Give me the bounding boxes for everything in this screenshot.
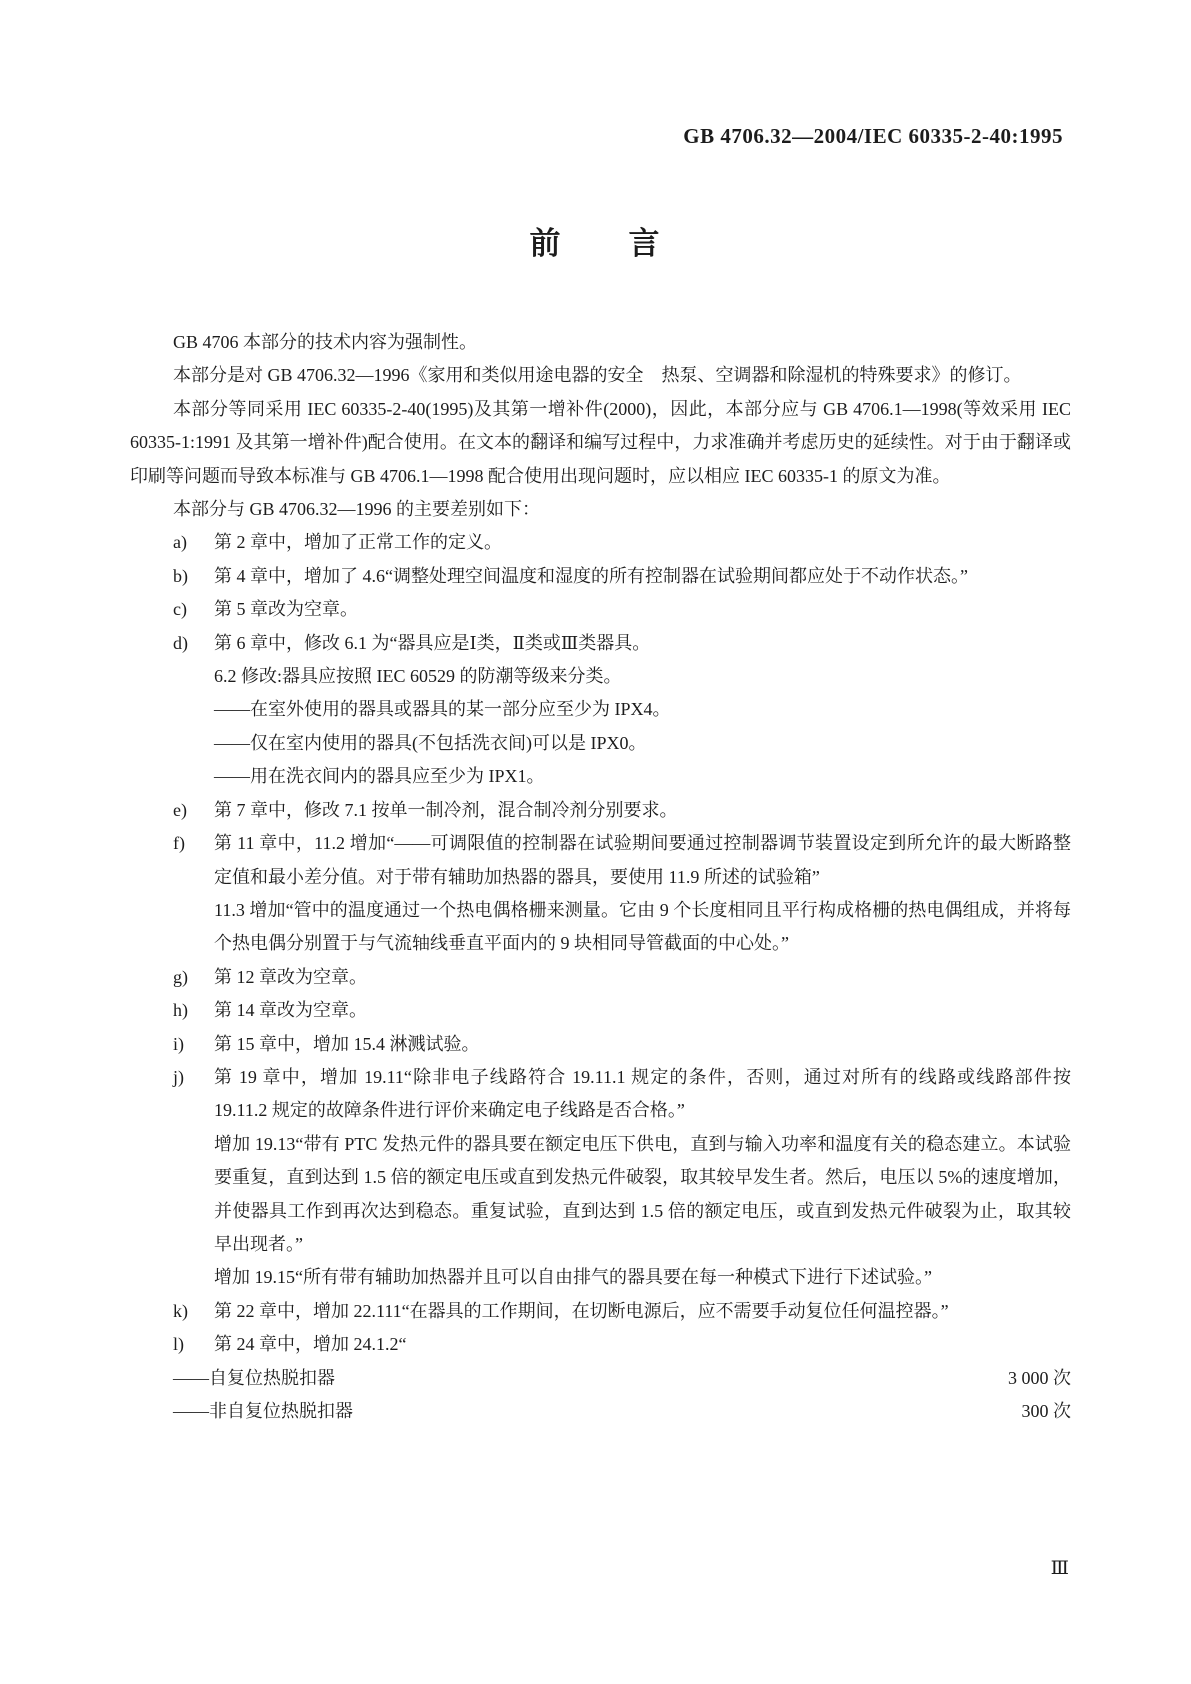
list-item-label: b) xyxy=(173,560,188,593)
list-item-label: g) xyxy=(173,961,188,994)
list-item-text: 第 5 章改为空章。 xyxy=(214,593,1071,626)
list-item-text-line: 第 11 章中，11.2 增加“——可调限值的控制器在试验期间要通过控制器调节装… xyxy=(214,827,1071,894)
list-item-label: i) xyxy=(173,1028,184,1061)
list-item-k: k) 第 22 章中，增加 22.111“在器具的工作期间，在切断电源后，应不需… xyxy=(130,1295,1071,1328)
document-body: GB 4706 本部分的技术内容为强制性。 本部分是对 GB 4706.32—1… xyxy=(130,326,1071,1428)
list-item-l: l) 第 24 章中，增加 24.1.2“ xyxy=(130,1328,1071,1361)
list-item-text: 第 19 章中，增加 19.11“除非电子线路符合 19.11.1 规定的条件，… xyxy=(214,1061,1071,1295)
paragraph: GB 4706 本部分的技术内容为强制性。 xyxy=(130,326,1071,359)
counter-value: 300 次 xyxy=(1022,1395,1072,1428)
list-item-text: 第 15 章中，增加 15.4 淋溅试验。 xyxy=(214,1028,1071,1061)
list-item-label: h) xyxy=(173,994,188,1027)
list-item-g: g) 第 12 章改为空章。 xyxy=(130,961,1071,994)
document-number: GB 4706.32—2004/IEC 60335-2-40:1995 xyxy=(683,124,1063,149)
list-item-e: e) 第 7 章中，修改 7.1 按单一制冷剂，混合制冷剂分别要求。 xyxy=(130,794,1071,827)
list-item-subline: 增加 19.13“带有 PTC 发热元件的器具要在额定电压下供电，直到与输入功率… xyxy=(214,1128,1071,1262)
list-item-d: d) 第 6 章中，修改 6.1 为“器具应是Ⅰ类，Ⅱ类或Ⅲ类器具。 6.2 修… xyxy=(130,627,1071,794)
list-item-text-line: 第 6 章中，修改 6.1 为“器具应是Ⅰ类，Ⅱ类或Ⅲ类器具。 xyxy=(214,627,1071,660)
list-item-text: 第 22 章中，增加 22.111“在器具的工作期间，在切断电源后，应不需要手动… xyxy=(214,1295,1071,1328)
list-item-label: f) xyxy=(173,827,185,860)
list-item-subline: 增加 19.15“所有带有辅助加热器并且可以自由排气的器具要在每一种模式下进行下… xyxy=(214,1261,1071,1294)
list-item-text: 第 12 章改为空章。 xyxy=(214,961,1071,994)
list-item-label: j) xyxy=(173,1061,184,1094)
list-item-subline: 6.2 修改:器具应按照 IEC 60529 的防潮等级来分类。 xyxy=(214,660,1071,693)
counter-row-auto-reset: ——自复位热脱扣器 3 000 次 xyxy=(173,1362,1071,1395)
list-item-subline: ——用在洗衣间内的器具应至少为 IPX1。 xyxy=(214,760,1071,793)
list-item-text: 第 11 章中，11.2 增加“——可调限值的控制器在试验期间要通过控制器调节装… xyxy=(214,827,1071,961)
counter-label: ——自复位热脱扣器 xyxy=(173,1362,335,1395)
list-item-label: e) xyxy=(173,794,187,827)
list-item-text: 第 14 章改为空章。 xyxy=(214,994,1071,1027)
list-item-text: 第 7 章中，修改 7.1 按单一制冷剂，混合制冷剂分别要求。 xyxy=(214,794,1071,827)
list-item-subline: ——仅在室内使用的器具(不包括洗衣间)可以是 IPX0。 xyxy=(214,727,1071,760)
paragraph: 本部分等同采用 IEC 60335-2-40(1995)及其第一增补件(2000… xyxy=(130,393,1071,493)
list-item-j: j) 第 19 章中，增加 19.11“除非电子线路符合 19.11.1 规定的… xyxy=(130,1061,1071,1295)
list-item-text: 第 2 章中，增加了正常工作的定义。 xyxy=(214,526,1071,559)
list-item-label: l) xyxy=(173,1328,184,1361)
list-item-label: a) xyxy=(173,526,187,559)
list-item-c: c) 第 5 章改为空章。 xyxy=(130,593,1071,626)
paragraph: 本部分与 GB 4706.32—1996 的主要差别如下： xyxy=(130,493,1071,526)
list-item-h: h) 第 14 章改为空章。 xyxy=(130,994,1071,1027)
list-item-a: a) 第 2 章中，增加了正常工作的定义。 xyxy=(130,526,1071,559)
list-item-text-line: 第 19 章中，增加 19.11“除非电子线路符合 19.11.1 规定的条件，… xyxy=(214,1061,1071,1128)
page-number: Ⅲ xyxy=(1051,1552,1069,1585)
list-item-label: k) xyxy=(173,1295,188,1328)
list-item-i: i) 第 15 章中，增加 15.4 淋溅试验。 xyxy=(130,1028,1071,1061)
list-item-text: 第 6 章中，修改 6.1 为“器具应是Ⅰ类，Ⅱ类或Ⅲ类器具。 6.2 修改:器… xyxy=(214,627,1071,794)
list-item-label: c) xyxy=(173,593,187,626)
list-item-subline: ——在室外使用的器具或器具的某一部分应至少为 IPX4。 xyxy=(214,693,1071,726)
list-item-f: f) 第 11 章中，11.2 增加“——可调限值的控制器在试验期间要通过控制器… xyxy=(130,827,1071,961)
paragraph: 本部分是对 GB 4706.32—1996《家用和类似用途电器的安全 热泵、空调… xyxy=(130,359,1071,392)
page-title: 前 言 xyxy=(0,218,1191,263)
list-item-subline: 11.3 增加“管中的温度通过一个热电偶格栅来测量。它由 9 个长度相同且平行构… xyxy=(214,894,1071,961)
counter-label: ——非自复位热脱扣器 xyxy=(173,1395,353,1428)
counter-row-non-auto-reset: ——非自复位热脱扣器 300 次 xyxy=(173,1395,1071,1428)
list-item-label: d) xyxy=(173,627,188,660)
list-item-text: 第 24 章中，增加 24.1.2“ xyxy=(214,1328,1071,1361)
list-item-text: 第 4 章中，增加了 4.6“调整处理空间温度和湿度的所有控制器在试验期间都应处… xyxy=(214,560,1071,593)
counter-value: 3 000 次 xyxy=(1008,1362,1071,1395)
list-item-b: b) 第 4 章中，增加了 4.6“调整处理空间温度和湿度的所有控制器在试验期间… xyxy=(130,560,1071,593)
document-page: GB 4706.32—2004/IEC 60335-2-40:1995 前 言 … xyxy=(0,0,1191,1684)
